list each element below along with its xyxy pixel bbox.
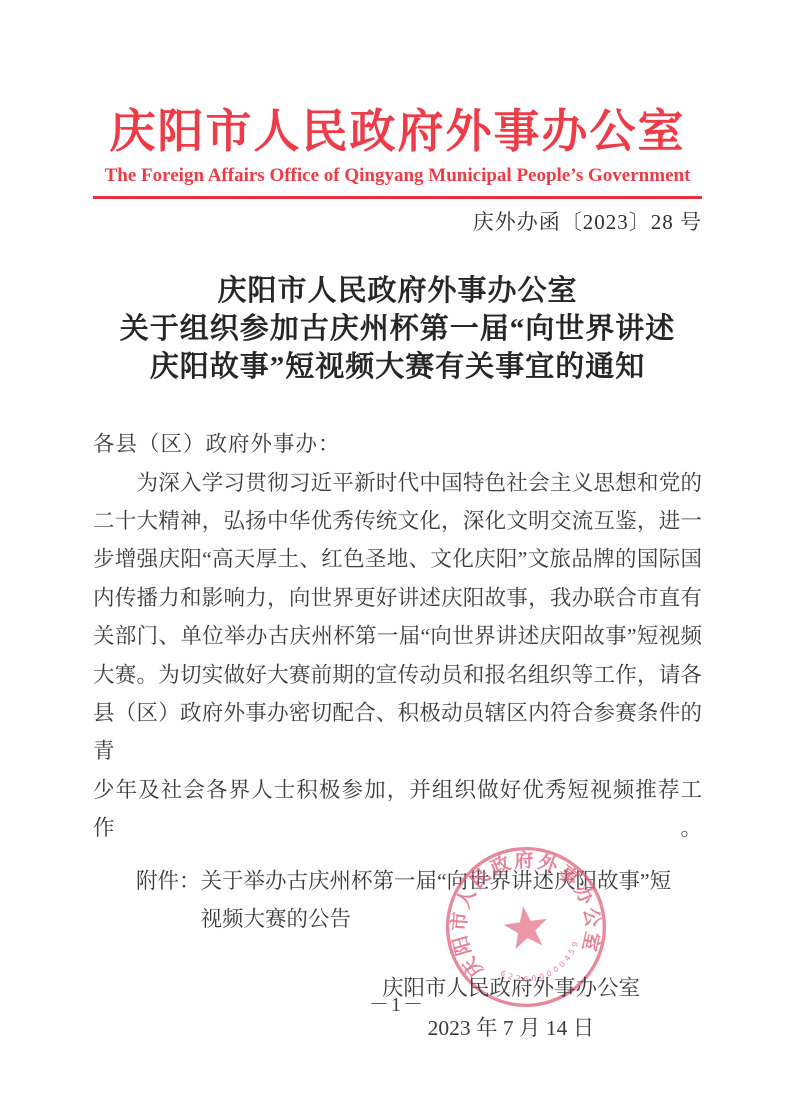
paragraph-line: 大赛。为切实做好大赛前期的宣传动员和报名组织等工作，请各 [93, 656, 702, 694]
attachment-line: 关于举办古庆州杯第一届“向世界讲述庆阳故事”短 [201, 862, 702, 900]
paragraph-line: 关部门、单位举办古庆州杯第一届“向世界讲述庆阳故事”短视频 [93, 617, 702, 655]
paragraph-line: 内传播力和影响力，向世界更好讲述庆阳故事，我办联合市直有 [93, 579, 702, 617]
attachment-line: 视频大赛的公告 [201, 900, 702, 938]
paragraph-line: 二十大精神，弘扬中华优秀传统文化，深化文明交流互鉴，进一 [93, 502, 702, 540]
document-content: 庆阳市人民政府外事办公室 The Foreign Affairs Office … [0, 0, 794, 1048]
attachment-block: 附件： 关于举办古庆州杯第一届“向世界讲述庆阳故事”短视频大赛的公告 [93, 862, 702, 939]
letterhead-org-name-en: The Foreign Affairs Office of Qingyang M… [93, 165, 702, 187]
document-title-line1: 庆阳市人民政府外事办公室 [93, 272, 702, 310]
letterhead-org-name-cn: 庆阳市人民政府外事办公室 [93, 104, 702, 159]
letterhead-divider-rule [93, 196, 702, 199]
signature-block: 庆阳市人民政府外事办公室 2023 年 7 月 14 日 [382, 968, 640, 1048]
paragraph-line: 少年及社会各界人士积极参加，并组织做好优秀短视频推荐工作。 [93, 771, 702, 848]
letterhead: 庆阳市人民政府外事办公室 The Foreign Affairs Office … [93, 0, 702, 199]
main-paragraph: 为深入学习贯彻习近平新时代中国特色社会主义思想和党的二十大精神，弘扬中华优秀传统… [93, 464, 702, 848]
signature-org: 庆阳市人民政府外事办公室 [382, 968, 640, 1008]
paragraph-line: 为深入学习贯彻习近平新时代中国特色社会主义思想和党的 [93, 464, 702, 502]
paragraph-line: 步增强庆阳“高天厚土、红色圣地、文化庆阳”文旅品牌的国际国 [93, 540, 702, 578]
document-title: 庆阳市人民政府外事办公室 关于组织参加古庆州杯第一届“向世界讲述 庆阳故事”短视… [93, 272, 702, 386]
document-page: 庆阳市人民政府外事办公室 The Foreign Affairs Office … [0, 0, 794, 1108]
body-text: 各县（区）政府外事办： 为深入学习贯彻习近平新时代中国特色社会主义思想和党的二十… [93, 425, 702, 847]
salutation: 各县（区）政府外事办： [93, 425, 702, 463]
signature-date: 2023 年 7 月 14 日 [382, 1008, 640, 1048]
document-title-line2: 关于组织参加古庆州杯第一届“向世界讲述 [93, 310, 702, 348]
attachment-label: 附件： [136, 862, 201, 939]
document-number: 庆外办函〔2023〕28 号 [93, 206, 702, 236]
paragraph-line: 县（区）政府外事办密切配合、积极动员辖区内符合参赛条件的青 [93, 694, 702, 771]
attachment-lines: 关于举办古庆州杯第一届“向世界讲述庆阳故事”短视频大赛的公告 [201, 862, 702, 939]
document-title-line3: 庆阳故事”短视频大赛有关事宜的通知 [93, 348, 702, 386]
